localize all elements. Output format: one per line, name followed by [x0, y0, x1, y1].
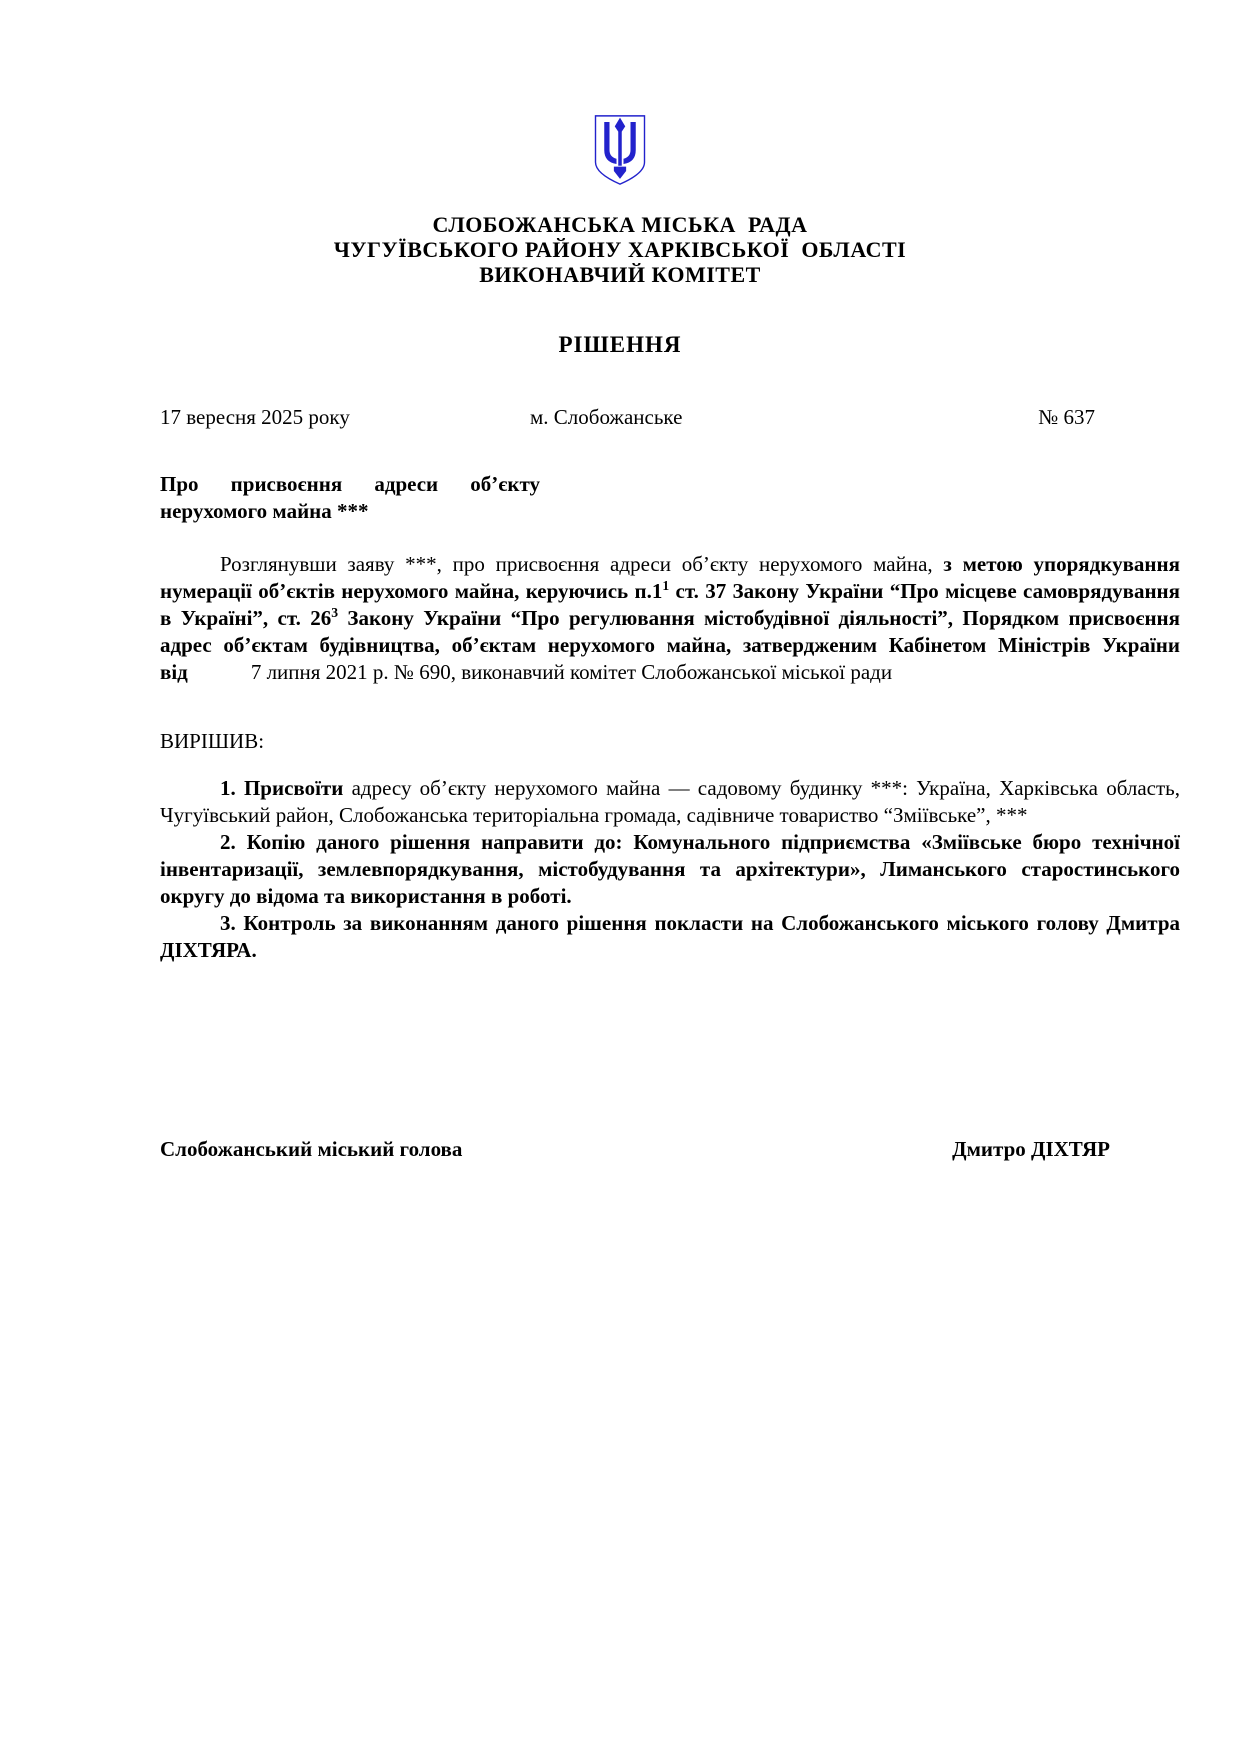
doc-subject-line2: нерухомого майна *** [160, 498, 540, 525]
org-header: СЛОБОЖАНСЬКА МІСЬКА РАДА ЧУГУЇВСЬКОГО РА… [0, 212, 1240, 287]
doc-number: № 637 [1038, 404, 1180, 431]
ukraine-trident-emblem-icon [592, 98, 648, 202]
doc-subject: Про присвоєння адреси об’єкту нерухомого… [160, 471, 540, 525]
resolved-word: ВИРІШИВ: [160, 728, 1180, 755]
decision-item-2: 2. Копію даного рішення направити до: Ко… [160, 829, 1180, 910]
signature-row: Слобожанський міський голова Дмитро ДІХТ… [160, 1136, 1180, 1163]
org-name-line1: СЛОБОЖАНСЬКА МІСЬКА РАДА [0, 212, 1240, 237]
org-name-line3: ВИКОНАВЧИЙ КОМІТЕТ [0, 262, 1240, 287]
document-page: СЛОБОЖАНСЬКА МІСЬКА РАДА ЧУГУЇВСЬКОГО РА… [0, 0, 1240, 1754]
doc-subject-line1: Про присвоєння адреси об’єкту [160, 471, 540, 498]
org-name-line2: ЧУГУЇВСЬКОГО РАЙОНУ ХАРКІВСЬКОЇ ОБЛАСТІ [0, 237, 1240, 262]
document-type-title: РІШЕННЯ [0, 331, 1240, 358]
decision-item-1: 1. Присвоїти адресу об’єкту нерухомого м… [160, 775, 1180, 829]
decision-item-3: 3. Контроль за виконанням даного рішення… [160, 910, 1180, 964]
preamble-paragraph: Розглянувши заяву ***, про присвоєння ад… [160, 551, 1180, 686]
meta-row: 17 вересня 2025 року м. Слобожанське № 6… [160, 404, 1180, 431]
signer-title: Слобожанський міський голова [160, 1136, 462, 1163]
document-content: 17 вересня 2025 року м. Слобожанське № 6… [160, 404, 1180, 1163]
doc-place: м. Слобожанське [530, 404, 1038, 431]
doc-date: 17 вересня 2025 року [160, 404, 530, 431]
signer-name: Дмитро ДІХТЯР [952, 1136, 1180, 1163]
